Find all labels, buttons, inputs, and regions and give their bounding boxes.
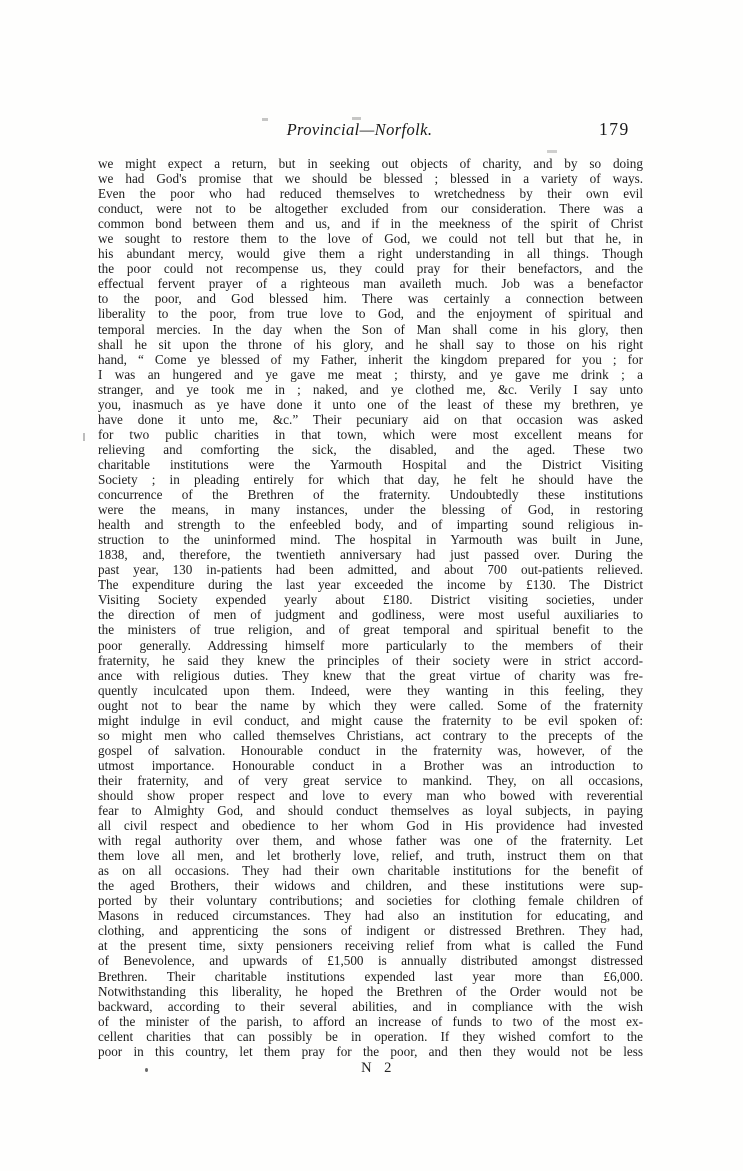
text-line: clothing, and apprenticing the sons of i… xyxy=(98,923,643,938)
text-line: shall he sit upon the throne of his glor… xyxy=(98,337,643,352)
print-artifact-speck xyxy=(352,117,361,120)
text-line: common bond between them and us, and if … xyxy=(98,216,643,231)
text-line: his abundant mercy, would give them a ri… xyxy=(98,246,643,261)
text-line: we sought to restore them to the love of… xyxy=(98,231,643,246)
scanned-page: Provincial—Norfolk. 179 we might expect … xyxy=(0,0,743,1171)
text-line: utmost importance. Honourable conduct in… xyxy=(98,758,643,773)
text-line: their fraternity, and of very great serv… xyxy=(98,773,643,788)
text-line: fear to Almighty God, and should conduct… xyxy=(98,803,643,818)
text-line: health and strength to the enfeebled bod… xyxy=(98,517,643,532)
text-line: as on all occasions. They had their own … xyxy=(98,863,643,878)
text-line: 1838, and, therefore, the twentieth anni… xyxy=(98,547,643,562)
text-line: Visiting Society expended yearly about £… xyxy=(98,592,643,607)
text-line: ported by their voluntary contributions;… xyxy=(98,893,643,908)
text-line: poor in this country, let them pray for … xyxy=(98,1044,643,1059)
text-line: the ministers of true religion, and of g… xyxy=(98,622,643,637)
text-line: Masons in reduced circumstances. They ha… xyxy=(98,908,643,923)
text-line: Brethren. Their charitable institutions … xyxy=(98,969,643,984)
text-line: to the poor, and God blessed him. There … xyxy=(98,291,643,306)
text-line: the poor could not recompense us, they c… xyxy=(98,261,643,276)
text-line: The expenditure during the last year exc… xyxy=(98,577,643,592)
text-line: we might expect a return, but in seeking… xyxy=(98,156,643,171)
text-line: Society ; in pleading entirely for which… xyxy=(98,472,643,487)
body-text: we might expect a return, but in seeking… xyxy=(98,156,643,1059)
text-line: charitable institutions were the Yarmout… xyxy=(98,457,643,472)
text-line: for two public charities in that town, w… xyxy=(98,427,643,442)
print-artifact-dot xyxy=(145,1068,148,1072)
text-line: struction to the uninformed mind. The ho… xyxy=(98,532,643,547)
print-artifact-speck xyxy=(547,150,557,153)
text-line: gospel of salvation. Honourable conduct … xyxy=(98,743,643,758)
text-line: past year, 130 in-patients had been admi… xyxy=(98,562,643,577)
text-line: ought not to bear the name by which they… xyxy=(98,698,643,713)
signature-mark: N 2 xyxy=(104,1060,649,1077)
text-line: the aged Brothers, their widows and chil… xyxy=(98,878,643,893)
text-line: Notwithstanding this liberality, he hope… xyxy=(98,984,643,999)
text-line: all civil respect and obedience to her w… xyxy=(98,818,643,833)
text-line: have done it unto me, &c.” Their pecunia… xyxy=(98,412,643,427)
text-line: hand, “ Come ye blessed of my Father, in… xyxy=(98,352,643,367)
text-line: at the present time, sixty pensioners re… xyxy=(98,938,643,953)
text-line: I was an hungered and ye gave me meat ; … xyxy=(98,367,643,382)
text-line: of the minister of the parish, to afford… xyxy=(98,1014,643,1029)
text-line: cellent charities that can possibly be i… xyxy=(98,1029,643,1044)
text-line: them love all men, and let brotherly lov… xyxy=(98,848,643,863)
text-line: with regal authority over them, and whos… xyxy=(98,833,643,848)
text-line: were the means, in many instances, under… xyxy=(98,502,643,517)
text-line: we had God's promise that we should be b… xyxy=(98,171,643,186)
text-line: of Benevolence, and upwards of £1,500 is… xyxy=(98,953,643,968)
print-artifact-margin-mark xyxy=(83,433,85,441)
text-line: poor generally. Addressing himself more … xyxy=(98,638,643,653)
text-line: concurrence of the Brethren of the frate… xyxy=(98,487,643,502)
page-number: 179 xyxy=(599,119,630,140)
text-line: so might men who called themselves Chris… xyxy=(98,728,643,743)
print-artifact-speck xyxy=(262,118,268,121)
running-head-title: Provincial—Norfolk. xyxy=(87,120,632,140)
text-line: quently inculcated upon them. Indeed, we… xyxy=(98,683,643,698)
text-line: should show proper respect and love to e… xyxy=(98,788,643,803)
text-line: effectual fervent prayer of a righteous … xyxy=(98,276,643,291)
text-line: backward, according to their several abi… xyxy=(98,999,643,1014)
text-line: fraternity, he said they knew the princi… xyxy=(98,653,643,668)
text-line: relieving and comforting the sick, the d… xyxy=(98,442,643,457)
text-line: liberality to the poor, from true love t… xyxy=(98,306,643,321)
text-line: ance with religious duties. They knew th… xyxy=(98,668,643,683)
text-line: conduct, were not to be altogether exclu… xyxy=(98,201,643,216)
text-line: might indulge in evil conduct, and might… xyxy=(98,713,643,728)
text-line: you, inasmuch as ye have done it unto on… xyxy=(98,397,643,412)
text-line: stranger, and ye took me in ; naked, and… xyxy=(98,382,643,397)
text-line: Even the poor who had reduced themselves… xyxy=(98,186,643,201)
text-line: the direction of men of judgment and god… xyxy=(98,607,643,622)
text-line: temporal mercies. In the day when the So… xyxy=(98,322,643,337)
